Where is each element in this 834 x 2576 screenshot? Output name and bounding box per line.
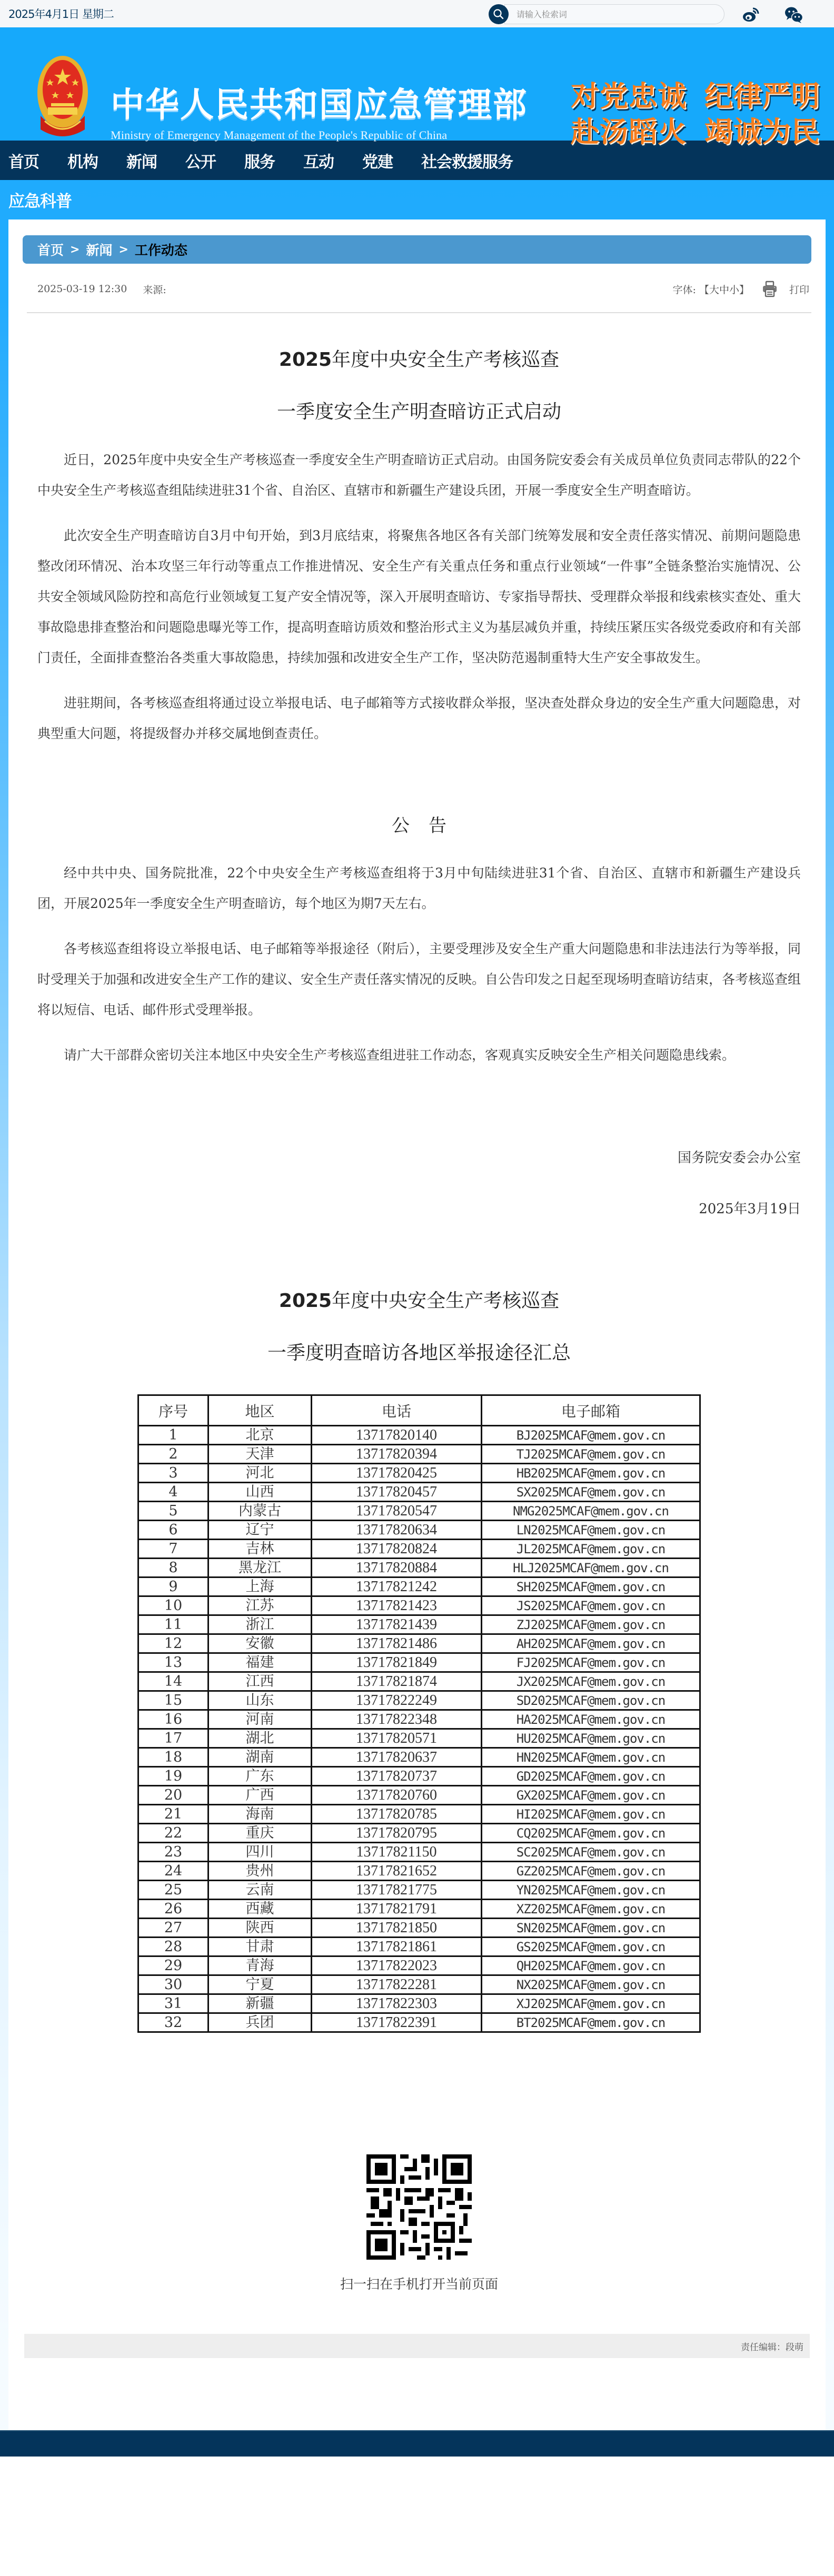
cell-index: 32 xyxy=(138,2013,208,2032)
cell-index: 15 xyxy=(138,1691,208,1710)
cell-email[interactable]: GZ2025MCAF@mem.gov.cn xyxy=(482,1862,700,1881)
table-row: 24贵州13717821652GZ2025MCAF@mem.gov.cn xyxy=(138,1862,700,1881)
table-row: 32兵团13717822391BT2025MCAF@mem.gov.cn xyxy=(138,2013,700,2032)
report-channels-table: 序号 地区 电话 电子邮箱 1北京13717820140BJ2025MCAF@m… xyxy=(137,1394,701,2033)
table-row: 6辽宁13717820634LN2025MCAF@mem.gov.cn xyxy=(138,1521,700,1540)
weibo-icon xyxy=(742,6,760,23)
cell-email[interactable]: FJ2025MCAF@mem.gov.cn xyxy=(482,1653,700,1672)
cell-phone: 13717822281 xyxy=(312,1975,482,1994)
table-row: 7吉林13717820824JL2025MCAF@mem.gov.cn xyxy=(138,1540,700,1559)
cell-region: 湖北 xyxy=(208,1729,312,1748)
nav-item-news[interactable]: 新闻 xyxy=(126,149,157,172)
breadcrumb-separator: > xyxy=(118,243,128,256)
table-header-row: 序号 地区 电话 电子邮箱 xyxy=(138,1395,700,1426)
cell-region: 河北 xyxy=(208,1464,312,1483)
cell-index: 29 xyxy=(138,1956,208,1975)
table-row: 4山西13717820457SX2025MCAF@mem.gov.cn xyxy=(138,1483,700,1502)
table-row: 20广西13717820760GX2025MCAF@mem.gov.cn xyxy=(138,1786,700,1805)
cell-region: 江西 xyxy=(208,1672,312,1691)
cell-index: 19 xyxy=(138,1767,208,1786)
slogan-line-1: 对党忠诚 纪律严明 xyxy=(571,74,820,114)
qr-caption: 扫一扫在手机打开当前页面 xyxy=(37,2274,801,2293)
cell-index: 2 xyxy=(138,1445,208,1464)
table-row: 9上海13717821242SH2025MCAF@mem.gov.cn xyxy=(138,1577,700,1596)
cell-email[interactable]: HLJ2025MCAF@mem.gov.cn xyxy=(482,1559,700,1577)
cell-phone: 13717822303 xyxy=(312,1994,482,2013)
cell-index: 8 xyxy=(138,1559,208,1577)
cell-index: 12 xyxy=(138,1634,208,1653)
table-row: 13福建13717821849FJ2025MCAF@mem.gov.cn xyxy=(138,1653,700,1672)
cell-region: 河南 xyxy=(208,1710,312,1729)
cell-phone: 13717820571 xyxy=(312,1729,482,1748)
cell-region: 广东 xyxy=(208,1767,312,1786)
cell-phone: 13717820824 xyxy=(312,1540,482,1559)
cell-region: 海南 xyxy=(208,1805,312,1824)
cell-phone: 13717821150 xyxy=(312,1843,482,1862)
table-row: 30宁夏13717822281NX2025MCAF@mem.gov.cn xyxy=(138,1975,700,1994)
cell-region: 辽宁 xyxy=(208,1521,312,1540)
wechat-icon xyxy=(785,6,803,24)
cell-index: 18 xyxy=(138,1748,208,1767)
cell-index: 30 xyxy=(138,1975,208,1994)
article-title-line-2: 一季度安全生产明查暗访正式启动 xyxy=(37,397,801,424)
cell-index: 9 xyxy=(138,1577,208,1596)
printer-icon xyxy=(762,281,778,297)
nav-item-party-building[interactable]: 党建 xyxy=(362,149,393,172)
cell-email[interactable]: NX2025MCAF@mem.gov.cn xyxy=(482,1975,700,1994)
table-row: 27陕西13717821850SN2025MCAF@mem.gov.cn xyxy=(138,1919,700,1938)
cell-phone: 13717822348 xyxy=(312,1710,482,1729)
cell-region: 宁夏 xyxy=(208,1975,312,1994)
summary-title-line-1: 2025年度中央安全生产考核巡查 xyxy=(37,1286,801,1313)
font-size-control: 字体: 【大中小】 xyxy=(672,282,749,296)
top-bar: 2025年4月1日 星期二 xyxy=(0,0,834,27)
table-row: 28甘肃13717821861GS2025MCAF@mem.gov.cn xyxy=(138,1938,700,1956)
article-body: 2025年度中央安全生产考核巡查 一季度安全生产明查暗访正式启动 近日，2025… xyxy=(23,345,811,2293)
notice-paragraph: 经中共中央、国务院批准，22个中央安全生产考核巡查组将于3月中旬陆续进驻31个省… xyxy=(37,858,801,919)
search-box xyxy=(489,4,724,24)
cell-index: 27 xyxy=(138,1919,208,1938)
table-row: 21海南13717820785HI2025MCAF@mem.gov.cn xyxy=(138,1805,700,1824)
cell-phone: 13717820140 xyxy=(312,1426,482,1445)
table-row: 29青海13717822023QH2025MCAF@mem.gov.cn xyxy=(138,1956,700,1975)
cell-index: 22 xyxy=(138,1824,208,1843)
column-header-region: 地区 xyxy=(208,1395,312,1426)
cell-phone: 13717820394 xyxy=(312,1445,482,1464)
notice-signature: 国务院安委会办公室 xyxy=(37,1147,801,1166)
publish-datetime: 2025-03-19 12:30 xyxy=(37,283,127,295)
cell-region: 青海 xyxy=(208,1956,312,1975)
current-date: 2025年4月1日 星期二 xyxy=(8,6,114,22)
article-paragraph: 此次安全生产明查暗访自3月中旬开始，到3月底结束，将聚焦各地区各有关部门统筹发展… xyxy=(37,521,801,673)
cell-phone: 13717822391 xyxy=(312,2013,482,2032)
cell-phone: 13717820637 xyxy=(312,1748,482,1767)
cell-email[interactable]: NMG2025MCAF@mem.gov.cn xyxy=(482,1502,700,1521)
cell-index: 11 xyxy=(138,1615,208,1634)
cell-index: 6 xyxy=(138,1521,208,1540)
table-row: 2天津13717820394TJ2025MCAF@mem.gov.cn xyxy=(138,1445,700,1464)
breadcrumb-home[interactable]: 首页 xyxy=(37,240,64,259)
nav-item-services[interactable]: 服务 xyxy=(244,149,275,172)
cell-index: 28 xyxy=(138,1938,208,1956)
cell-region: 北京 xyxy=(208,1426,312,1445)
cell-region: 吉林 xyxy=(208,1540,312,1559)
nav-item-social-rescue[interactable]: 社会救援服务 xyxy=(421,149,513,172)
cell-region: 重庆 xyxy=(208,1824,312,1843)
nav-item-disclosure[interactable]: 公开 xyxy=(185,149,216,172)
cell-phone: 13717821791 xyxy=(312,1900,482,1919)
cell-index: 16 xyxy=(138,1710,208,1729)
cell-phone: 13717821850 xyxy=(312,1919,482,1938)
qr-code-icon xyxy=(366,2148,472,2267)
cell-phone: 13717821874 xyxy=(312,1672,482,1691)
cell-region: 陕西 xyxy=(208,1919,312,1938)
breadcrumb: 首页 > 新闻 > 工作动态 xyxy=(23,235,811,264)
table-row: 23四川13717821150SC2025MCAF@mem.gov.cn xyxy=(138,1843,700,1862)
table-row: 19广东13717820737GD2025MCAF@mem.gov.cn xyxy=(138,1767,700,1786)
cell-email[interactable]: YN2025MCAF@mem.gov.cn xyxy=(482,1881,700,1900)
notice-paragraph: 请广大干部群众密切关注本地区中央安全生产考核巡查组进驻工作动态，客观真实反映安全… xyxy=(37,1040,801,1071)
cell-region: 黑龙江 xyxy=(208,1559,312,1577)
cell-region: 浙江 xyxy=(208,1615,312,1634)
title-text: 年度中央安全生产考核巡查 xyxy=(332,1290,559,1312)
cell-index: 25 xyxy=(138,1881,208,1900)
cell-email[interactable]: SN2025MCAF@mem.gov.cn xyxy=(482,1919,700,1938)
site-banner: 中华人民共和国应急管理部 Ministry of Emergency Manag… xyxy=(0,27,834,141)
cell-email[interactable]: LN2025MCAF@mem.gov.cn xyxy=(482,1521,700,1540)
wechat-link[interactable] xyxy=(785,5,803,24)
cell-phone: 13717820795 xyxy=(312,1824,482,1843)
cell-index: 20 xyxy=(138,1786,208,1805)
article-meta: 2025-03-19 12:30 来源: 字体: 【大中小】 打印 xyxy=(27,266,811,313)
article-title-line-1: 2025年度中央安全生产考核巡查 xyxy=(37,345,801,372)
print-button[interactable]: 打印 xyxy=(762,281,809,297)
cell-region: 新疆 xyxy=(208,1994,312,2013)
nav-item-organization[interactable]: 机构 xyxy=(67,149,98,172)
qr-code-block: 扫一扫在手机打开当前页面 xyxy=(37,2148,801,2293)
cell-phone: 13717821423 xyxy=(312,1596,482,1615)
cell-email[interactable]: XJ2025MCAF@mem.gov.cn xyxy=(482,1994,700,2013)
cell-index: 10 xyxy=(138,1596,208,1615)
table-row: 1北京13717820140BJ2025MCAF@mem.gov.cn xyxy=(138,1426,700,1445)
cell-index: 26 xyxy=(138,1900,208,1919)
bracket-open: 【 xyxy=(699,284,709,296)
cell-phone: 13717821775 xyxy=(312,1881,482,1900)
content-panel: 首页 > 新闻 > 工作动态 2025-03-19 12:30 来源: 字体: … xyxy=(8,219,826,2430)
table-row: 18湖南13717820637HN2025MCAF@mem.gov.cn xyxy=(138,1748,700,1767)
cell-email[interactable]: ZJ2025MCAF@mem.gov.cn xyxy=(482,1615,700,1634)
table-row: 3河北13717820425HB2025MCAF@mem.gov.cn xyxy=(138,1464,700,1483)
cell-region: 福建 xyxy=(208,1653,312,1672)
cell-index: 21 xyxy=(138,1805,208,1824)
slogan-line-2: 赴汤蹈火 竭诚为民 xyxy=(571,109,820,150)
cell-index: 31 xyxy=(138,1994,208,2013)
font-large-button[interactable]: 大 xyxy=(709,284,719,296)
table-row: 15山东13717822249SD2025MCAF@mem.gov.cn xyxy=(138,1691,700,1710)
nav-item-interaction[interactable]: 互动 xyxy=(303,149,334,172)
cell-email[interactable]: JL2025MCAF@mem.gov.cn xyxy=(482,1540,700,1559)
weibo-link[interactable] xyxy=(741,5,760,24)
cell-phone: 13717820457 xyxy=(312,1483,482,1502)
cell-phone: 13717820785 xyxy=(312,1805,482,1824)
breadcrumb-current[interactable]: 工作动态 xyxy=(135,240,187,259)
table-row: 8黑龙江13717820884HLJ2025MCAF@mem.gov.cn xyxy=(138,1559,700,1577)
cell-email[interactable]: TJ2025MCAF@mem.gov.cn xyxy=(482,1445,700,1464)
table-row: 26西藏13717821791XZ2025MCAF@mem.gov.cn xyxy=(138,1900,700,1919)
table-row: 5内蒙古13717820547NMG2025MCAF@mem.gov.cn xyxy=(138,1502,700,1521)
cell-email[interactable]: AH2025MCAF@mem.gov.cn xyxy=(482,1634,700,1653)
cell-index: 1 xyxy=(138,1426,208,1445)
cell-phone: 13717820737 xyxy=(312,1767,482,1786)
cell-region: 四川 xyxy=(208,1843,312,1862)
cell-region: 云南 xyxy=(208,1881,312,1900)
cell-phone: 13717820760 xyxy=(312,1786,482,1805)
table-row: 11浙江13717821439ZJ2025MCAF@mem.gov.cn xyxy=(138,1615,700,1634)
article-paragraph: 近日，2025年度中央安全生产考核巡查一季度安全生产明查暗访正式启动。由国务院安… xyxy=(37,445,801,506)
cell-email[interactable]: GX2025MCAF@mem.gov.cn xyxy=(482,1786,700,1805)
notice-paragraph: 各考核巡查组将设立举报电话、电子邮箱等举报途径（附后），主要受理涉及安全生产重大… xyxy=(37,934,801,1025)
cell-email[interactable]: XZ2025MCAF@mem.gov.cn xyxy=(482,1900,700,1919)
nav-item-home[interactable]: 首页 xyxy=(8,149,39,172)
table-row: 10江苏13717821423JS2025MCAF@mem.gov.cn xyxy=(138,1596,700,1615)
title-text: 年度中央安全生产考核巡查 xyxy=(332,349,559,371)
cell-index: 3 xyxy=(138,1464,208,1483)
section-label-emergency-science[interactable]: 应急科普 xyxy=(0,180,834,219)
cell-email[interactable]: BT2025MCAF@mem.gov.cn xyxy=(482,2013,700,2032)
article-paragraph: 进驻期间，各考核巡查组将通过设立举报电话、电子邮箱等方式接收群众举报，坚决查处群… xyxy=(37,688,801,749)
table-row: 22重庆13717820795CQ2025MCAF@mem.gov.cn xyxy=(138,1824,700,1843)
cell-email[interactable]: HA2025MCAF@mem.gov.cn xyxy=(482,1710,700,1729)
cell-email[interactable]: JX2025MCAF@mem.gov.cn xyxy=(482,1672,700,1691)
table-body: 1北京13717820140BJ2025MCAF@mem.gov.cn2天津13… xyxy=(138,1426,700,2032)
cell-phone: 13717821242 xyxy=(312,1577,482,1596)
breadcrumb-separator: > xyxy=(70,243,80,256)
cell-email[interactable]: SX2025MCAF@mem.gov.cn xyxy=(482,1483,700,1502)
summary-title-line-2: 一季度明查暗访各地区举报途径汇总 xyxy=(37,1338,801,1365)
search-input[interactable] xyxy=(504,4,724,24)
cell-email[interactable]: HB2025MCAF@mem.gov.cn xyxy=(482,1464,700,1483)
site-footer xyxy=(0,2430,834,2457)
cell-phone: 13717820884 xyxy=(312,1559,482,1577)
cell-region: 贵州 xyxy=(208,1862,312,1881)
column-header-phone: 电话 xyxy=(312,1395,482,1426)
table-row: 31新疆13717822303XJ2025MCAF@mem.gov.cn xyxy=(138,1994,700,2013)
cell-phone: 13717821439 xyxy=(312,1615,482,1634)
column-header-index: 序号 xyxy=(138,1395,208,1426)
responsible-editor: 责任编辑：段萌 xyxy=(741,2340,803,2353)
cell-region: 山东 xyxy=(208,1691,312,1710)
notice-heading: 公告 xyxy=(37,811,801,837)
cell-phone: 13717820425 xyxy=(312,1464,482,1483)
print-label: 打印 xyxy=(789,282,809,296)
cell-index: 24 xyxy=(138,1862,208,1881)
cell-region: 广西 xyxy=(208,1786,312,1805)
cell-region: 天津 xyxy=(208,1445,312,1464)
cell-phone: 13717821861 xyxy=(312,1938,482,1956)
national-emblem-icon xyxy=(34,53,93,138)
cell-phone: 13717820634 xyxy=(312,1521,482,1540)
cell-region: 西藏 xyxy=(208,1900,312,1919)
cell-email[interactable]: SH2025MCAF@mem.gov.cn xyxy=(482,1577,700,1596)
cell-email[interactable]: QH2025MCAF@mem.gov.cn xyxy=(482,1956,700,1975)
title-year: 2025 xyxy=(279,349,332,371)
cell-region: 山西 xyxy=(208,1483,312,1502)
cell-email[interactable]: JS2025MCAF@mem.gov.cn xyxy=(482,1596,700,1615)
table-row: 14江西13717821874JX2025MCAF@mem.gov.cn xyxy=(138,1672,700,1691)
cell-phone: 13717821652 xyxy=(312,1862,482,1881)
cell-email[interactable]: HU2025MCAF@mem.gov.cn xyxy=(482,1729,700,1748)
site-title[interactable]: 中华人民共和国应急管理部 xyxy=(111,78,528,126)
table-row: 25云南13717821775YN2025MCAF@mem.gov.cn xyxy=(138,1881,700,1900)
cell-index: 4 xyxy=(138,1483,208,1502)
cell-region: 安徽 xyxy=(208,1634,312,1653)
cell-phone: 13717821486 xyxy=(312,1634,482,1653)
title-year: 2025 xyxy=(279,1290,332,1312)
cell-email[interactable]: HN2025MCAF@mem.gov.cn xyxy=(482,1748,700,1767)
font-small-button[interactable]: 小 xyxy=(729,284,739,296)
column-header-email: 电子邮箱 xyxy=(482,1395,700,1426)
editor-bar: 责任编辑：段萌 xyxy=(24,2334,810,2358)
cell-email[interactable]: HI2025MCAF@mem.gov.cn xyxy=(482,1805,700,1824)
font-size-label: 字体: xyxy=(672,284,696,296)
cell-region: 甘肃 xyxy=(208,1938,312,1956)
cell-phone: 13717822249 xyxy=(312,1691,482,1710)
cell-index: 14 xyxy=(138,1672,208,1691)
site-subtitle: Ministry of Emergency Management of the … xyxy=(111,128,447,142)
font-medium-button[interactable]: 中 xyxy=(719,284,729,296)
cell-region: 湖南 xyxy=(208,1748,312,1767)
cell-phone: 13717822023 xyxy=(312,1956,482,1975)
cell-index: 13 xyxy=(138,1653,208,1672)
cell-region: 兵团 xyxy=(208,2013,312,2032)
breadcrumb-news[interactable]: 新闻 xyxy=(86,240,112,259)
cell-index: 5 xyxy=(138,1502,208,1521)
cell-region: 上海 xyxy=(208,1577,312,1596)
cell-email[interactable]: CQ2025MCAF@mem.gov.cn xyxy=(482,1824,700,1843)
search-icon xyxy=(493,8,504,20)
cell-phone: 13717820547 xyxy=(312,1502,482,1521)
cell-index: 23 xyxy=(138,1843,208,1862)
cell-region: 江苏 xyxy=(208,1596,312,1615)
cell-email[interactable]: GS2025MCAF@mem.gov.cn xyxy=(482,1938,700,1956)
cell-region: 内蒙古 xyxy=(208,1502,312,1521)
table-row: 16河南13717822348HA2025MCAF@mem.gov.cn xyxy=(138,1710,700,1729)
cell-email[interactable]: SD2025MCAF@mem.gov.cn xyxy=(482,1691,700,1710)
cell-email[interactable]: BJ2025MCAF@mem.gov.cn xyxy=(482,1426,700,1445)
cell-email[interactable]: SC2025MCAF@mem.gov.cn xyxy=(482,1843,700,1862)
table-row: 17湖北13717820571HU2025MCAF@mem.gov.cn xyxy=(138,1729,700,1748)
search-button[interactable] xyxy=(489,4,509,24)
page-body: 首页 机构 新闻 公开 服务 互动 党建 社会救援服务 应急科普 首页 > 新闻… xyxy=(0,141,834,2430)
cell-index: 17 xyxy=(138,1729,208,1748)
cell-phone: 13717821849 xyxy=(312,1653,482,1672)
table-row: 12安徽13717821486AH2025MCAF@mem.gov.cn xyxy=(138,1634,700,1653)
bracket-close: 】 xyxy=(739,284,749,296)
cell-index: 7 xyxy=(138,1540,208,1559)
source-label: 来源: xyxy=(143,282,166,296)
cell-email[interactable]: GD2025MCAF@mem.gov.cn xyxy=(482,1767,700,1786)
notice-date: 2025年3月19日 xyxy=(37,1198,801,1217)
national-emblem-logo[interactable] xyxy=(34,53,93,138)
